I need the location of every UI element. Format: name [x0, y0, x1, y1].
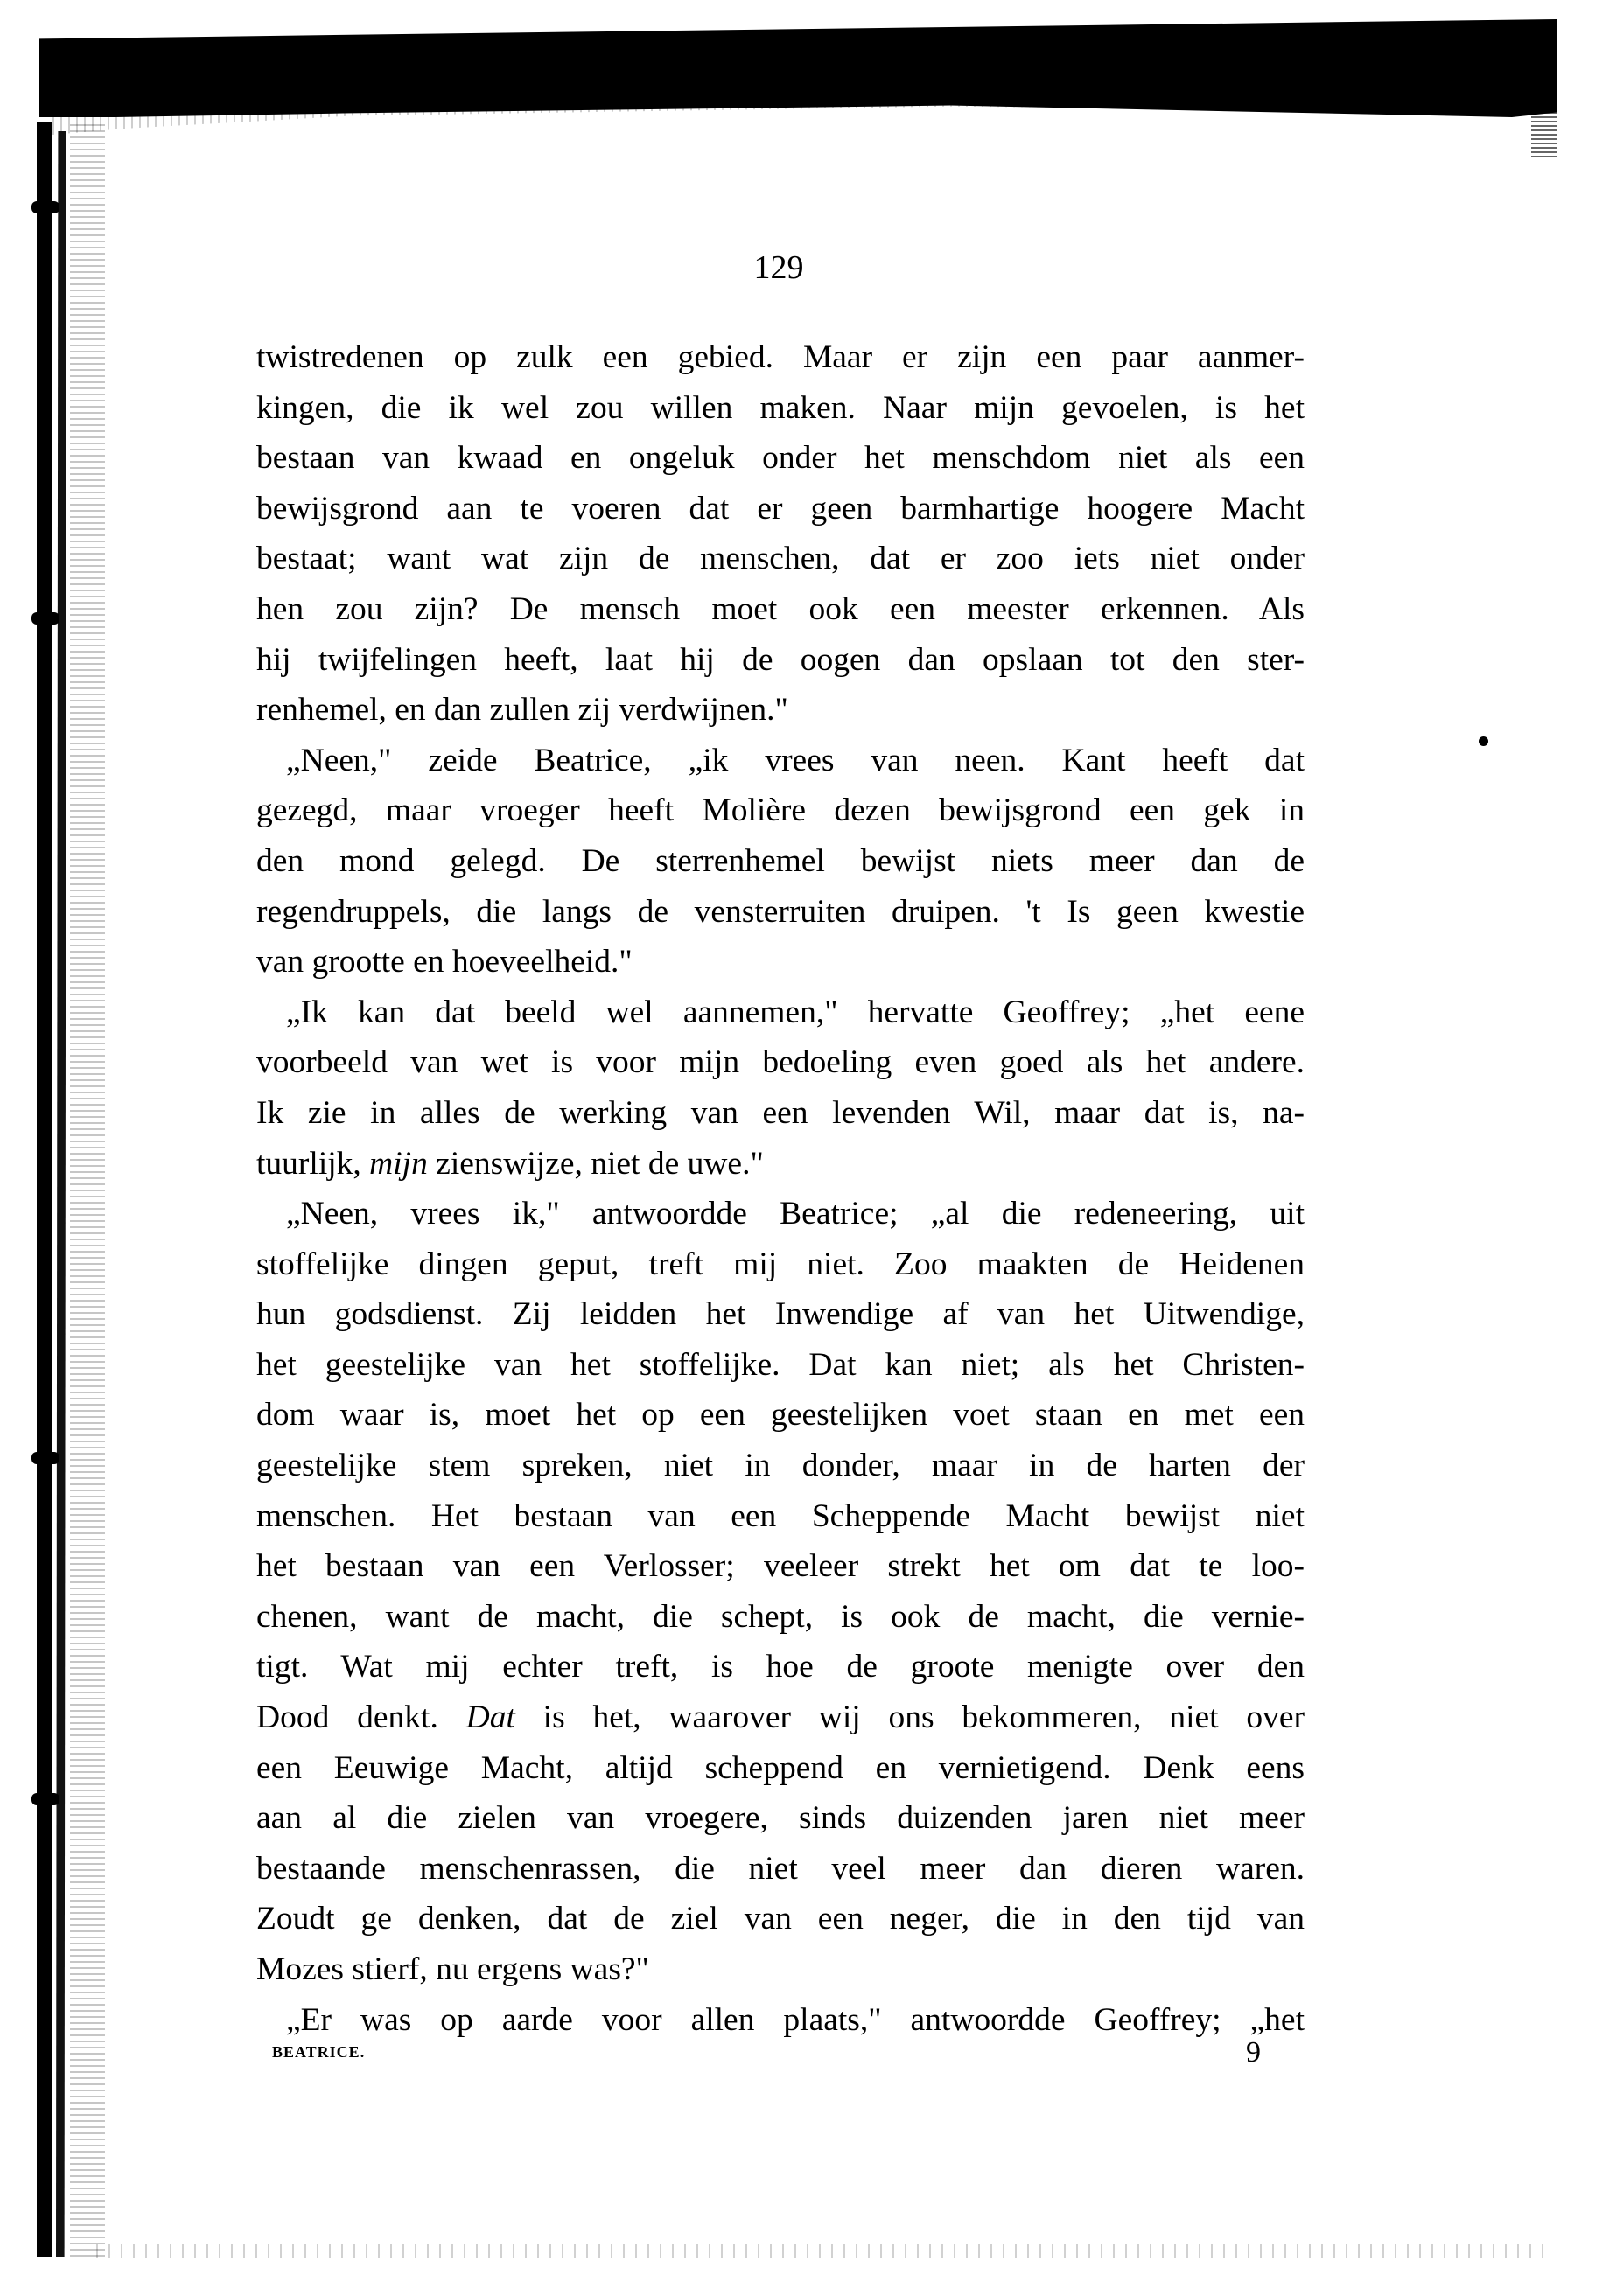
text-line: het bestaan van een Verlosser; veeleer s… — [256, 1541, 1305, 1592]
text-line: van grootte en hoeveelheid." — [256, 937, 1305, 987]
scan-top-band-shadow — [52, 103, 1549, 135]
text-line: het geestelijke van het stoffelijke. Dat… — [256, 1340, 1305, 1391]
page-number: 129 — [0, 248, 1557, 287]
text-segment: is het, waarover wij ons bekommeren, nie… — [515, 1699, 1305, 1735]
text-line: Ik zie in alles de werking van een leven… — [256, 1088, 1305, 1139]
binding-stitch — [31, 612, 59, 625]
text-line: chenen, want de macht, die schept, is oo… — [256, 1592, 1305, 1643]
text-line: Dood denkt. Dat is het, waarover wij ons… — [256, 1692, 1305, 1743]
text-line: bestaande menschenrassen, die niet veel … — [256, 1844, 1305, 1895]
page-footer: BEATRICE. 9 — [272, 2040, 1261, 2075]
text-line: twistredenen op zulk een gebied. Maar er… — [256, 332, 1305, 383]
text-line: renhemel, en dan zullen zij verdwijnen." — [256, 685, 1305, 736]
text-line: tigt. Wat mij echter treft, is hoe de gr… — [256, 1642, 1305, 1692]
text-line: hen zou zijn? De mensch moet ook een mee… — [256, 584, 1305, 635]
text-line: stoffelijke dingen geput, treft mij niet… — [256, 1239, 1305, 1290]
text-line: den mond gelegd. De sterrenhemel bewijst… — [256, 836, 1305, 887]
text-line: kingen, die ik wel zou willen maken. Naa… — [256, 383, 1305, 434]
text-segment: zienswijze, niet de uwe." — [428, 1146, 764, 1182]
text-line: Zoudt ge denken, dat de ziel van een neg… — [256, 1894, 1305, 1944]
text-line: menschen. Het bestaan van een Scheppende… — [256, 1491, 1305, 1542]
text-line: aan al die zielen van vroegere, sinds du… — [256, 1793, 1305, 1844]
scanned-page: 129 twistredenen op zulk een gebied. Maa… — [0, 0, 1602, 2296]
text-line: „Neen, vrees ik," antwoordde Beatrice; „… — [256, 1189, 1305, 1239]
text-line: tuurlijk, mijn zienswijze, niet de uwe." — [256, 1139, 1305, 1190]
text-line: bewijsgrond aan te voeren dat er geen ba… — [256, 484, 1305, 534]
binding-shadow — [70, 122, 105, 2257]
scan-bottom-edge — [96, 2244, 1549, 2258]
text-line: hun godsdienst. Zij leidden het Inwendig… — [256, 1289, 1305, 1340]
text-line: bestaat; want wat zijn de menschen, dat … — [256, 534, 1305, 584]
binding-stitch — [31, 1793, 59, 1805]
sheet-number: 9 — [1246, 2036, 1261, 2069]
text-line: dom waar is, moet het op een geestelijke… — [256, 1390, 1305, 1441]
italic-emphasis: Dat — [466, 1699, 515, 1735]
text-line: regendruppels, die langs de vensterruite… — [256, 887, 1305, 938]
body-text: twistredenen op zulk een gebied. Maar er… — [256, 332, 1305, 2045]
text-line: hij twijfelingen heeft, laat hij de ooge… — [256, 635, 1305, 686]
text-line: „Ik kan dat beeld wel aannemen," hervatt… — [256, 987, 1305, 1038]
scan-right-corner-shadow — [1531, 105, 1557, 157]
text-segment: tuurlijk, — [256, 1146, 369, 1182]
italic-emphasis: mijn — [369, 1146, 428, 1182]
scan-top-dark-band — [39, 19, 1557, 117]
book-binding-edge — [37, 122, 52, 2257]
text-line: een Eeuwige Macht, altijd scheppend en v… — [256, 1743, 1305, 1794]
text-line: Mozes stierf, nu ergens was?" — [256, 1944, 1305, 1995]
text-line: bestaan van kwaad en ongeluk onder het m… — [256, 433, 1305, 484]
book-binding-gutter — [56, 131, 66, 2257]
ink-blot — [1479, 736, 1488, 746]
text-line: voorbeeld van wet is voor mijn bedoeling… — [256, 1037, 1305, 1088]
text-line: „Er was op aarde voor allen plaats," ant… — [256, 1995, 1305, 2046]
binding-stitch — [31, 201, 59, 213]
text-segment: Dood denkt. — [256, 1699, 466, 1735]
printer-signature-mark: BEATRICE. — [272, 2043, 365, 2062]
text-line: gezegd, maar vroeger heeft Molière dezen… — [256, 785, 1305, 836]
binding-stitch — [31, 1452, 59, 1464]
text-line: „Neen," zeide Beatrice, „ik vrees van ne… — [256, 736, 1305, 786]
text-line: geestelijke stem spreken, niet in donder… — [256, 1441, 1305, 1491]
